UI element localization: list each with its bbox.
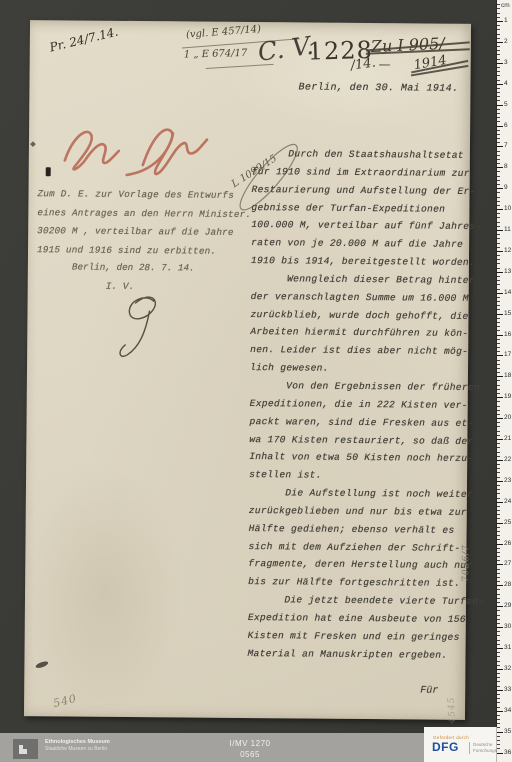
- ruler-tick: [497, 702, 500, 703]
- ruler-tick: [497, 297, 500, 298]
- ruler-tick: [497, 293, 503, 294]
- body-line: nen. Leider ist dies aber nicht mög-: [250, 341, 470, 361]
- ruler-tick-label: 16: [504, 332, 511, 338]
- ruler-tick: [497, 598, 500, 599]
- ruler-tick: [497, 464, 500, 465]
- ruler-tick: [497, 439, 503, 440]
- ruler-tick: [497, 121, 500, 122]
- ruler-tick: [497, 259, 500, 260]
- ruler-tick: [497, 21, 503, 22]
- body-line: 100.000 M, verteilbar auf fünf Jahres-: [251, 216, 471, 236]
- ruler: cm 1234567891011121314151617181920212223…: [497, 0, 512, 762]
- ruler-tick: [497, 548, 500, 549]
- ruler-tick: [497, 134, 500, 135]
- ruler-tick: [497, 410, 500, 411]
- ruler-tick-label: 35: [504, 729, 511, 735]
- ruler-tick: [497, 126, 503, 127]
- body-text: Durch den Staatshaushaltsetatfür 1910 si…: [247, 145, 472, 664]
- ruler-tick: [497, 648, 503, 649]
- ruler-tick: [497, 472, 500, 473]
- ruler-tick: [497, 305, 500, 306]
- ruler-tick: [497, 92, 500, 93]
- ruler-tick: [497, 673, 500, 674]
- ruler-tick: [497, 289, 500, 290]
- body-line: bis zur Hälfte fortgeschritten ist.: [248, 573, 468, 593]
- ruler-tick: [497, 146, 503, 147]
- ruler-tick: [497, 552, 500, 553]
- body-line: Durch den Staatshaushaltsetat: [252, 145, 472, 165]
- ruler-tick-label: 1: [504, 18, 508, 24]
- ruler-tick: [497, 594, 500, 595]
- ruler-tick: [497, 318, 500, 319]
- ruler-tick: [497, 71, 500, 72]
- ruler-tick-label: 17: [504, 352, 511, 358]
- ruler-tick: [497, 431, 500, 432]
- ruler-tick: [497, 640, 500, 641]
- handwritten-reference-2: 1 „ E 674/17: [184, 48, 248, 61]
- ruler-tick: [497, 322, 500, 323]
- ruler-tick: [497, 447, 500, 448]
- margin-note-line: 1915 und 1916 sind zu erbitten.: [37, 241, 261, 261]
- handwritten-dash: —: [379, 57, 391, 71]
- ruler-tick: [497, 280, 500, 281]
- ruler-tick: [497, 151, 500, 152]
- handwritten-reference-1: (vgl. E 457/14): [186, 24, 262, 41]
- ruler-tick: [497, 606, 503, 607]
- ruler-tick: [497, 29, 500, 30]
- ruler-tick: [497, 63, 503, 64]
- document-page: Pr. 24/7.14. (vgl. E 457/14) 1 „ E 674/1…: [24, 20, 471, 720]
- ruler-tick: [497, 698, 500, 699]
- body-line: stellen ist.: [249, 466, 469, 486]
- body-line: Material an Manuskripten ergeben.: [247, 645, 467, 665]
- ruler-tick: [497, 435, 500, 436]
- ruler-tick: [497, 247, 500, 248]
- ruler-tick: [497, 719, 500, 720]
- ruler-tick: [497, 96, 500, 97]
- ruler-tick-label: 6: [504, 123, 508, 129]
- body-line: raten von je 20.000 M auf die Jahre: [251, 234, 471, 254]
- ruler-tick-label: 27: [504, 561, 511, 567]
- ruler-tick: [497, 560, 500, 561]
- ruler-tick: [497, 80, 500, 81]
- ruler-tick: [497, 100, 500, 101]
- ruler-tick: [497, 426, 500, 427]
- ruler-tick-label: 30: [504, 624, 511, 630]
- ruler-tick: [497, 209, 503, 210]
- ruler-tick: [497, 506, 500, 507]
- ruler-tick: [497, 690, 503, 691]
- body-line: für 1910 sind im Extraordinarium zur: [252, 163, 472, 183]
- ruler-tick: [497, 84, 503, 85]
- ruler-tick: [497, 243, 500, 244]
- ruler-tick: [497, 610, 500, 611]
- ruler-tick: [497, 205, 500, 206]
- ruler-tick: [497, 556, 500, 557]
- ruler-tick: [497, 192, 500, 193]
- ruler-tick: [497, 251, 503, 252]
- ruler-tick: [497, 263, 500, 264]
- ruler-tick: [497, 401, 500, 402]
- ruler-tick: [497, 422, 500, 423]
- ruler-tick: [497, 619, 500, 620]
- ruler-tick: [497, 171, 500, 172]
- body-line: Hälfte gediehen; ebenso verhält es: [249, 520, 469, 540]
- ruler-tick-label: 10: [504, 206, 511, 212]
- ruler-tick: [497, 406, 500, 407]
- body-line: wa 170 Kisten restauriert, so daß der: [249, 431, 469, 451]
- registry-script-initials: C. V.: [256, 31, 315, 67]
- ruler-tick: [497, 8, 500, 9]
- ruler-tick: [497, 301, 500, 302]
- ruler-tick-label: 19: [504, 394, 511, 400]
- ruler-tick: [497, 130, 500, 131]
- ruler-tick: [497, 339, 500, 340]
- body-line: der veranschlagten Summe um 16.000 M: [251, 288, 471, 308]
- ruler-tick: [497, 284, 500, 285]
- ruler-tick: [497, 360, 500, 361]
- ruler-tick: [497, 514, 500, 515]
- ruler-tick: [497, 581, 500, 582]
- ruler-tick: [497, 393, 500, 394]
- ruler-tick-label: 34: [504, 708, 511, 714]
- ruler-tick: [497, 502, 503, 503]
- body-line: Restaurierung und Aufstellung der Er-: [251, 181, 471, 201]
- ruler-tick: [497, 468, 500, 469]
- ruler-tick: [497, 314, 503, 315]
- ruler-tick: [497, 452, 500, 453]
- ruler-tick: [497, 489, 500, 490]
- ruler-tick: [497, 723, 500, 724]
- ruler-tick: [497, 213, 500, 214]
- ruler-tick: [497, 222, 500, 223]
- ruler-tick: [497, 13, 500, 14]
- ruler-tick: [497, 238, 500, 239]
- ruler-tick: [497, 364, 500, 365]
- ruler-tick-label: 11: [504, 227, 511, 233]
- museum-subtitle: Staatliche Museen zu Berlin: [45, 746, 107, 752]
- ruler-tick: [497, 635, 500, 636]
- ruler-tick-label: 31: [504, 645, 511, 651]
- ruler-tick: [497, 686, 500, 687]
- ruler-tick: [497, 544, 503, 545]
- ruler-tick: [497, 326, 500, 327]
- ruler-tick-label: 20: [504, 415, 511, 421]
- ruler-tick-label: 8: [504, 164, 508, 170]
- ruler-tick: [497, 414, 500, 415]
- handwritten-ink-note: Pr. 24/7.14.: [48, 25, 119, 55]
- ruler-tick-label: 7: [504, 143, 508, 149]
- ruler-tick: [497, 493, 500, 494]
- ruler-tick-label: 18: [504, 373, 511, 379]
- ruler-tick: [497, 197, 500, 198]
- ruler-tick: [497, 109, 500, 110]
- body-line: packt waren, sind die Fresken aus et-: [249, 413, 469, 433]
- ruler-tick: [497, 67, 500, 68]
- ruler-tick: [497, 589, 500, 590]
- ruler-tick: [497, 732, 503, 733]
- registry-number-suffix: /14.: [350, 55, 377, 73]
- faint-vertical-note: 4545: [447, 696, 458, 723]
- ruler-tick: [497, 105, 503, 106]
- ruler-tick: [497, 59, 500, 60]
- ruler-unit-label: cm: [501, 2, 510, 9]
- ruler-tick: [497, 518, 500, 519]
- ruler-tick-label: 23: [504, 478, 511, 484]
- ruler-tick-label: 2: [504, 39, 508, 45]
- handwritten-signature-g: [105, 289, 166, 362]
- dfg-divider: [469, 742, 470, 754]
- ruler-tick-label: 4: [504, 81, 508, 87]
- margin-note-lines: Zum D. E. zur Vorlage des Entwurfseines …: [37, 185, 262, 261]
- ruler-tick: [497, 309, 500, 310]
- shelfmark: I/MV 1270: [165, 738, 335, 749]
- ruler-tick: [497, 481, 503, 482]
- margin-note-line: eines Antrages an den Herrn Minister.: [37, 204, 261, 224]
- ruler-tick: [497, 535, 500, 536]
- ruler-tick-label: 5: [504, 102, 508, 108]
- ruler-tick: [497, 54, 500, 55]
- body-line: Inhalt von etwa 50 Kisten noch herzu-: [249, 448, 469, 468]
- ruler-tick: [497, 418, 503, 419]
- ruler-tick-label: 24: [504, 499, 511, 505]
- ruler-tick-label: 26: [504, 541, 511, 547]
- ruler-tick: [497, 335, 503, 336]
- ruler-tick: [497, 368, 500, 369]
- ruler-tick: [497, 188, 503, 189]
- ruler-tick: [497, 577, 500, 578]
- ruler-tick-label: 21: [504, 436, 511, 442]
- image-page-number: 0565: [165, 749, 335, 760]
- ruler-tick: [497, 539, 500, 540]
- ruler-tick: [497, 272, 503, 273]
- body-line: fragmente, deren Herstellung auch nur: [248, 555, 468, 575]
- ruler-tick: [497, 397, 503, 398]
- ruler-tick: [497, 736, 500, 737]
- ruler-tick: [497, 531, 500, 532]
- ruler-tick: [497, 585, 503, 586]
- ruler-tick: [497, 727, 500, 728]
- ruler-tick: [497, 138, 500, 139]
- ruler-tick: [497, 347, 500, 348]
- ruler-tick: [497, 201, 500, 202]
- body-line: Von den Ergebnissen der früheren: [250, 377, 470, 397]
- ruler-tick: [497, 569, 500, 570]
- ruler-tick: [497, 255, 500, 256]
- ruler-tick: [497, 477, 500, 478]
- ruler-tick: [497, 276, 500, 277]
- ruler-tick: [497, 753, 503, 754]
- ruler-tick: [497, 740, 500, 741]
- ruler-tick: [497, 380, 500, 381]
- ruler-tick: [497, 25, 500, 26]
- ruler-tick: [497, 75, 500, 76]
- museum-name: Ethnologisches Museum: [45, 739, 110, 745]
- body-line: Arbeiten hiermit durchführen zu kön-: [250, 323, 470, 343]
- ruler-tick: [497, 42, 503, 43]
- ruler-tick: [497, 748, 500, 749]
- margin-note-line: Zum D. E. zur Vorlage des Entwurfs: [37, 185, 261, 205]
- ruler-tick-label: 3: [504, 60, 508, 66]
- body-line: Kisten mit Fresken und ein geringes: [248, 627, 468, 647]
- body-line: Wenngleich dieser Betrag hinter: [251, 270, 471, 290]
- ruler-tick: [497, 711, 503, 712]
- ruler-tick-label: 28: [504, 582, 511, 588]
- ruler-tick: [497, 159, 500, 160]
- ruler-tick: [497, 351, 500, 352]
- ruler-tick: [497, 573, 500, 574]
- ruler-tick: [497, 460, 503, 461]
- ruler-tick-label: 36: [504, 750, 511, 756]
- scan-viewer: Pr. 24/7.14. (vgl. E 457/14) 1 „ E 674/1…: [0, 0, 512, 762]
- ruler-tick: [497, 669, 503, 670]
- ruler-tick: [497, 707, 500, 708]
- ruler-tick: [497, 443, 500, 444]
- dfg-logo: DFG: [432, 740, 459, 754]
- ruler-tick-label: 12: [504, 248, 511, 254]
- ruler-tick: [497, 677, 500, 678]
- body-line: zurückgeblieben und nur bis etwa zur: [249, 502, 469, 522]
- letter-date-line: Berlin, den 30. Mai 1914.: [298, 82, 458, 94]
- ruler-tick: [497, 230, 503, 231]
- ruler-tick: [497, 38, 500, 39]
- body-line: Die jetzt beendete vierte Turfan-: [248, 591, 468, 611]
- museum-logo-icon: [13, 739, 38, 759]
- ruler-tick: [497, 385, 500, 386]
- ruler-tick: [497, 113, 500, 114]
- ruler-tick: [497, 34, 500, 35]
- body-line: gebnisse der Turfan-Expeditionen: [251, 199, 471, 219]
- ruler-tick: [497, 615, 500, 616]
- ruler-tick: [497, 665, 500, 666]
- ruler-tick: [497, 376, 503, 377]
- archive-reference: I/MV 1270 0565: [165, 738, 335, 760]
- ruler-tick: [497, 652, 500, 653]
- catchword: Für: [420, 686, 438, 697]
- margin-note-line: 30200 M , verteilbar auf die Jahre: [37, 222, 261, 242]
- ruler-tick: [497, 117, 500, 118]
- ruler-tick: [497, 681, 500, 682]
- body-line: Expedition hat eine Ausbeute von 156: [248, 609, 468, 629]
- ruler-tick: [497, 715, 500, 716]
- ruler-tick: [497, 661, 500, 662]
- margin-note-date: Berlin, den 28. 7. 14.: [72, 261, 195, 273]
- ruler-tick: [497, 176, 500, 177]
- ruler-tick: [497, 623, 500, 624]
- ruler-tick-label: 13: [504, 269, 511, 275]
- ruler-tick: [497, 343, 500, 344]
- ruler-tick: [497, 372, 500, 373]
- ruler-tick: [497, 485, 500, 486]
- ruler-tick-label: 29: [504, 603, 511, 609]
- body-line: Expeditionen, die in 222 Kisten ver-: [250, 395, 470, 415]
- ruler-tick: [497, 631, 500, 632]
- paper-edge-mark: [30, 141, 36, 147]
- ruler-tick-label: 22: [504, 457, 511, 463]
- ink-smudge: [35, 660, 49, 669]
- ruler-tick-label: 32: [504, 666, 511, 672]
- body-line: sich mit dem Aufziehen der Schrift-: [248, 538, 468, 558]
- pencil-page-number: 540: [52, 692, 78, 710]
- ruler-tick: [497, 17, 500, 18]
- ruler-tick-label: 25: [504, 520, 511, 526]
- ruler-tick: [497, 50, 500, 51]
- body-line: 1910 bis 1914, bereitgestellt worden.: [251, 252, 471, 272]
- ruler-tick: [497, 163, 500, 164]
- ruler-tick: [497, 744, 500, 745]
- punch-hole-mark: [46, 167, 51, 176]
- ruler-tick: [497, 627, 503, 628]
- ruler-tick: [497, 498, 500, 499]
- ruler-tick: [497, 602, 500, 603]
- ruler-tick: [497, 180, 500, 181]
- ruler-tick: [497, 389, 500, 390]
- ruler-tick: [497, 330, 500, 331]
- ruler-tick: [497, 564, 503, 565]
- body-line: lich gewesen.: [250, 359, 470, 379]
- ruler-tick: [497, 4, 500, 5]
- body-line: zurückblieb, wurde doch gehofft, die: [250, 306, 470, 326]
- ruler-tick: [497, 694, 500, 695]
- ruler-tick: [497, 88, 500, 89]
- body-line: Die Aufstellung ist noch weiter: [249, 484, 469, 504]
- ruler-tick-label: 14: [504, 290, 511, 296]
- ruler-tick: [497, 355, 503, 356]
- ruler-tick-label: 15: [504, 311, 511, 317]
- red-pencil-scrawl: [57, 118, 218, 185]
- ruler-tick: [497, 644, 500, 645]
- ruler-tick: [497, 142, 500, 143]
- ruler-tick: [497, 656, 500, 657]
- ruler-tick: [497, 184, 500, 185]
- ruler-tick: [497, 167, 503, 168]
- ruler-tick: [497, 268, 500, 269]
- ruler-tick: [497, 234, 500, 235]
- ruler-tick: [497, 510, 500, 511]
- ruler-tick: [497, 46, 500, 47]
- ruler-tick: [497, 456, 500, 457]
- ruler-tick: [497, 226, 500, 227]
- ruler-tick: [497, 217, 500, 218]
- ruler-tick: [497, 523, 503, 524]
- ruler-tick-label: 9: [504, 185, 508, 191]
- ruler-tick: [497, 155, 500, 156]
- ruler-tick: [497, 527, 500, 528]
- vertical-margin-note: 7036/7: [461, 544, 471, 582]
- ruler-tick-label: 33: [504, 687, 511, 693]
